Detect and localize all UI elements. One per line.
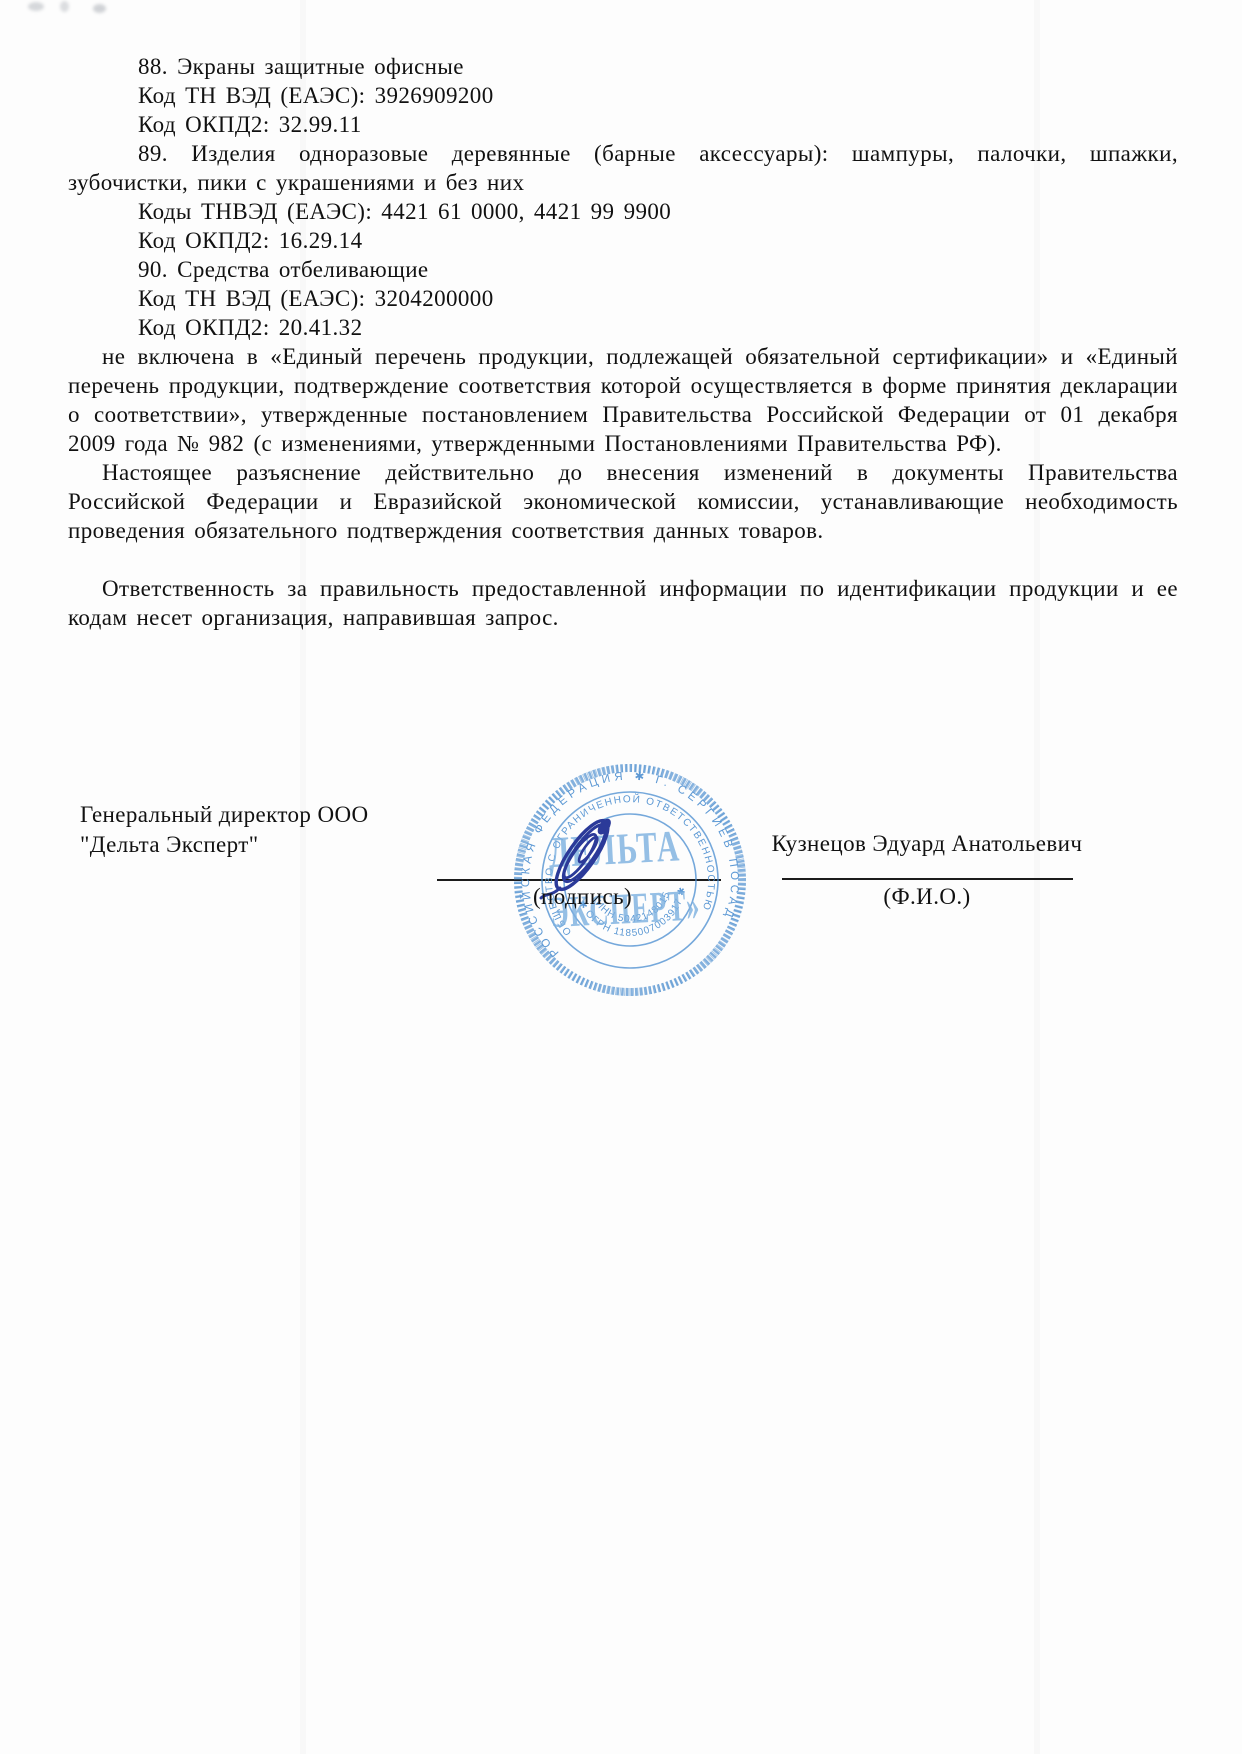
signature-caption: (подпись) [495,884,670,910]
item-89-tnved-codes: Коды ТНВЭД (ЕАЭС): 4421 61 0000, 4421 99… [68,197,1178,226]
item-88-tnved-code: Код ТН ВЭД (ЕАЭС): 3926909200 [68,81,1178,110]
scan-smudge [93,4,106,13]
company-stamp: РОССИЙСКАЯ ФЕДЕРАЦИЯ ✱ Г. СЕРГИЕВ ПОСАД … [480,730,780,1030]
item-90-okpd2-code: Код ОКПД2: 20.41.32 [68,313,1178,342]
item-90-tnved-code: Код ТН ВЭД (ЕАЭС): 3204200000 [68,284,1178,313]
item-90-title: 90. Средства отбеливающие [68,255,1178,284]
scan-smudge [60,1,69,12]
document-body: 88. Экраны защитные офисные Код ТН ВЭД (… [68,52,1178,632]
paragraph-not-included: не включена в «Единый перечень продукции… [68,342,1178,458]
name-caption: (Ф.И.О.) [842,884,1012,910]
item-88-okpd2-code: Код ОКПД2: 32.99.11 [68,110,1178,139]
item-89-title: 89. Изделия одноразовые деревянные (барн… [68,139,1178,197]
signer-position: Генеральный директор ООО "Дельта Эксперт… [80,800,440,860]
signer-full-name: Кузнецов Эдуард Анатольевич [760,831,1094,857]
stamp-center-name: ДЕЛЬТА ЭКСПЕРТ» [546,820,701,937]
stamp-name-line1: ДЕЛЬТА [547,821,681,877]
item-89-okpd2-code: Код ОКПД2: 16.29.14 [68,226,1178,255]
signer-position-line2: "Дельта Эксперт" [80,830,440,860]
item-88-title: 88. Экраны защитные офисные [68,52,1178,81]
paragraph-validity: Настоящее разъяснение действительно до в… [68,458,1178,545]
name-line [782,878,1073,880]
stamp-rings: РОССИЙСКАЯ ФЕДЕРАЦИЯ ✱ Г. СЕРГИЕВ ПОСАД … [504,754,757,1007]
scan-smudge [28,2,44,11]
document-page: 88. Экраны защитные офисные Код ТН ВЭД (… [0,0,1242,1754]
signer-position-line1: Генеральный директор ООО [80,800,440,830]
paragraph-responsibility: Ответственность за правильность предоста… [68,574,1178,632]
